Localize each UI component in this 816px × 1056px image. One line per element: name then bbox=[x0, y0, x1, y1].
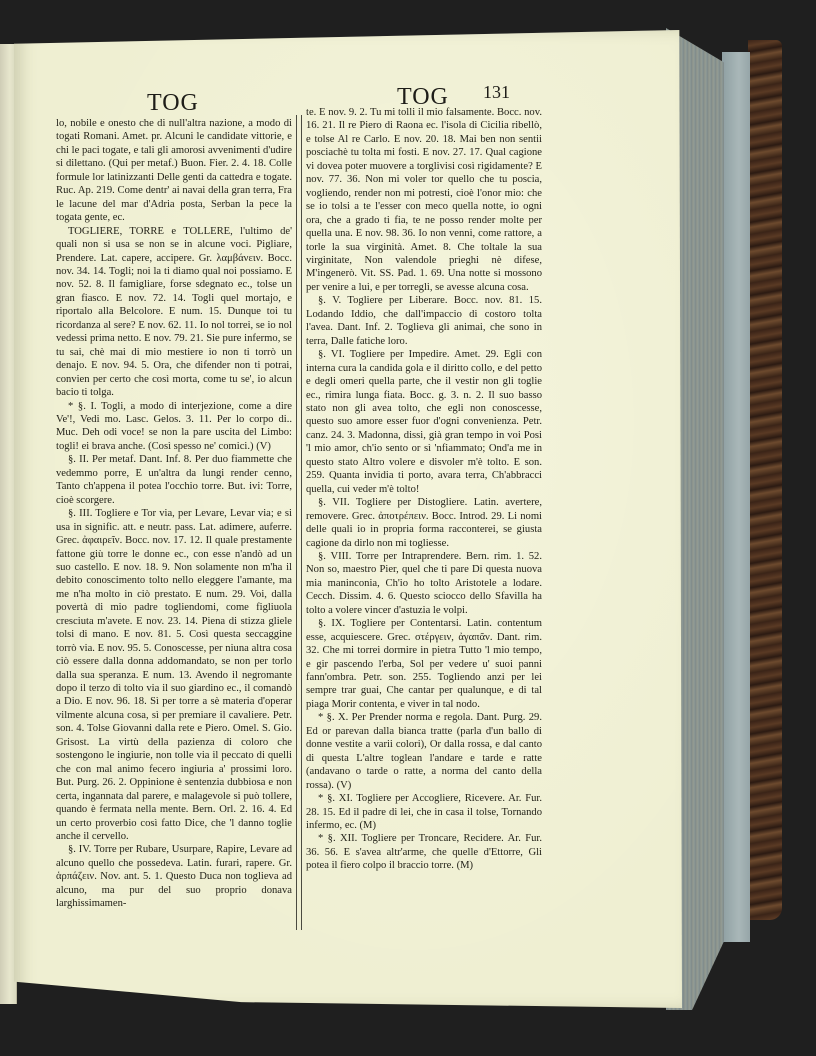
right-column: te. E nov. 9. 2. Tu mi tolli il mio fals… bbox=[306, 106, 542, 873]
entry-section-9: §. IX. Togliere per Contentarsi. Latin. … bbox=[306, 617, 542, 711]
entry-section-6: §. VI. Togliere per Impedire. Amet. 29. … bbox=[306, 348, 542, 496]
back-board-edge bbox=[722, 52, 750, 942]
entry-togliere: TOGLIERE, TORRE e TOLLERE, l'ultimo de' … bbox=[56, 225, 292, 400]
entry-section-10: * §. X. Per Prender norma e regola. Dant… bbox=[306, 711, 542, 792]
column-divider bbox=[296, 115, 302, 930]
entry-section-7: §. VII. Togliere per Distogliere. Latin.… bbox=[306, 496, 542, 550]
entry-section-1: * §. I. Togli, a modo di interjezione, c… bbox=[56, 400, 292, 454]
paragraph-continuation: lo, nobile e onesto che di null'altra na… bbox=[56, 117, 292, 225]
entry-section-5: §. V. Togliere per Liberare. Bocc. nov. … bbox=[306, 294, 542, 348]
entry-section-8: §. VIII. Torre per Intraprendere. Bern. … bbox=[306, 550, 542, 617]
entry-section-2: §. II. Per metaf. Dant. Inf. 8. Per duo … bbox=[56, 453, 292, 507]
page-number: 131 bbox=[483, 82, 510, 103]
entry-section-12: * §. XII. Togliere per Troncare, Recider… bbox=[306, 832, 542, 872]
left-column: lo, nobile e onesto che di null'altra na… bbox=[56, 117, 292, 911]
paragraph-continuation: te. E nov. 9. 2. Tu mi tolli il mio fals… bbox=[306, 106, 542, 294]
entry-section-11: * §. XI. Togliere per Accogliere, Riceve… bbox=[306, 792, 542, 832]
entry-section-3: §. III. Togliere e Tor via, per Levare, … bbox=[56, 507, 292, 843]
book-cover bbox=[748, 40, 782, 920]
entry-section-4: §. IV. Torre per Rubare, Usurpare, Rapir… bbox=[56, 843, 292, 910]
guide-word-left: TOG bbox=[147, 90, 199, 117]
